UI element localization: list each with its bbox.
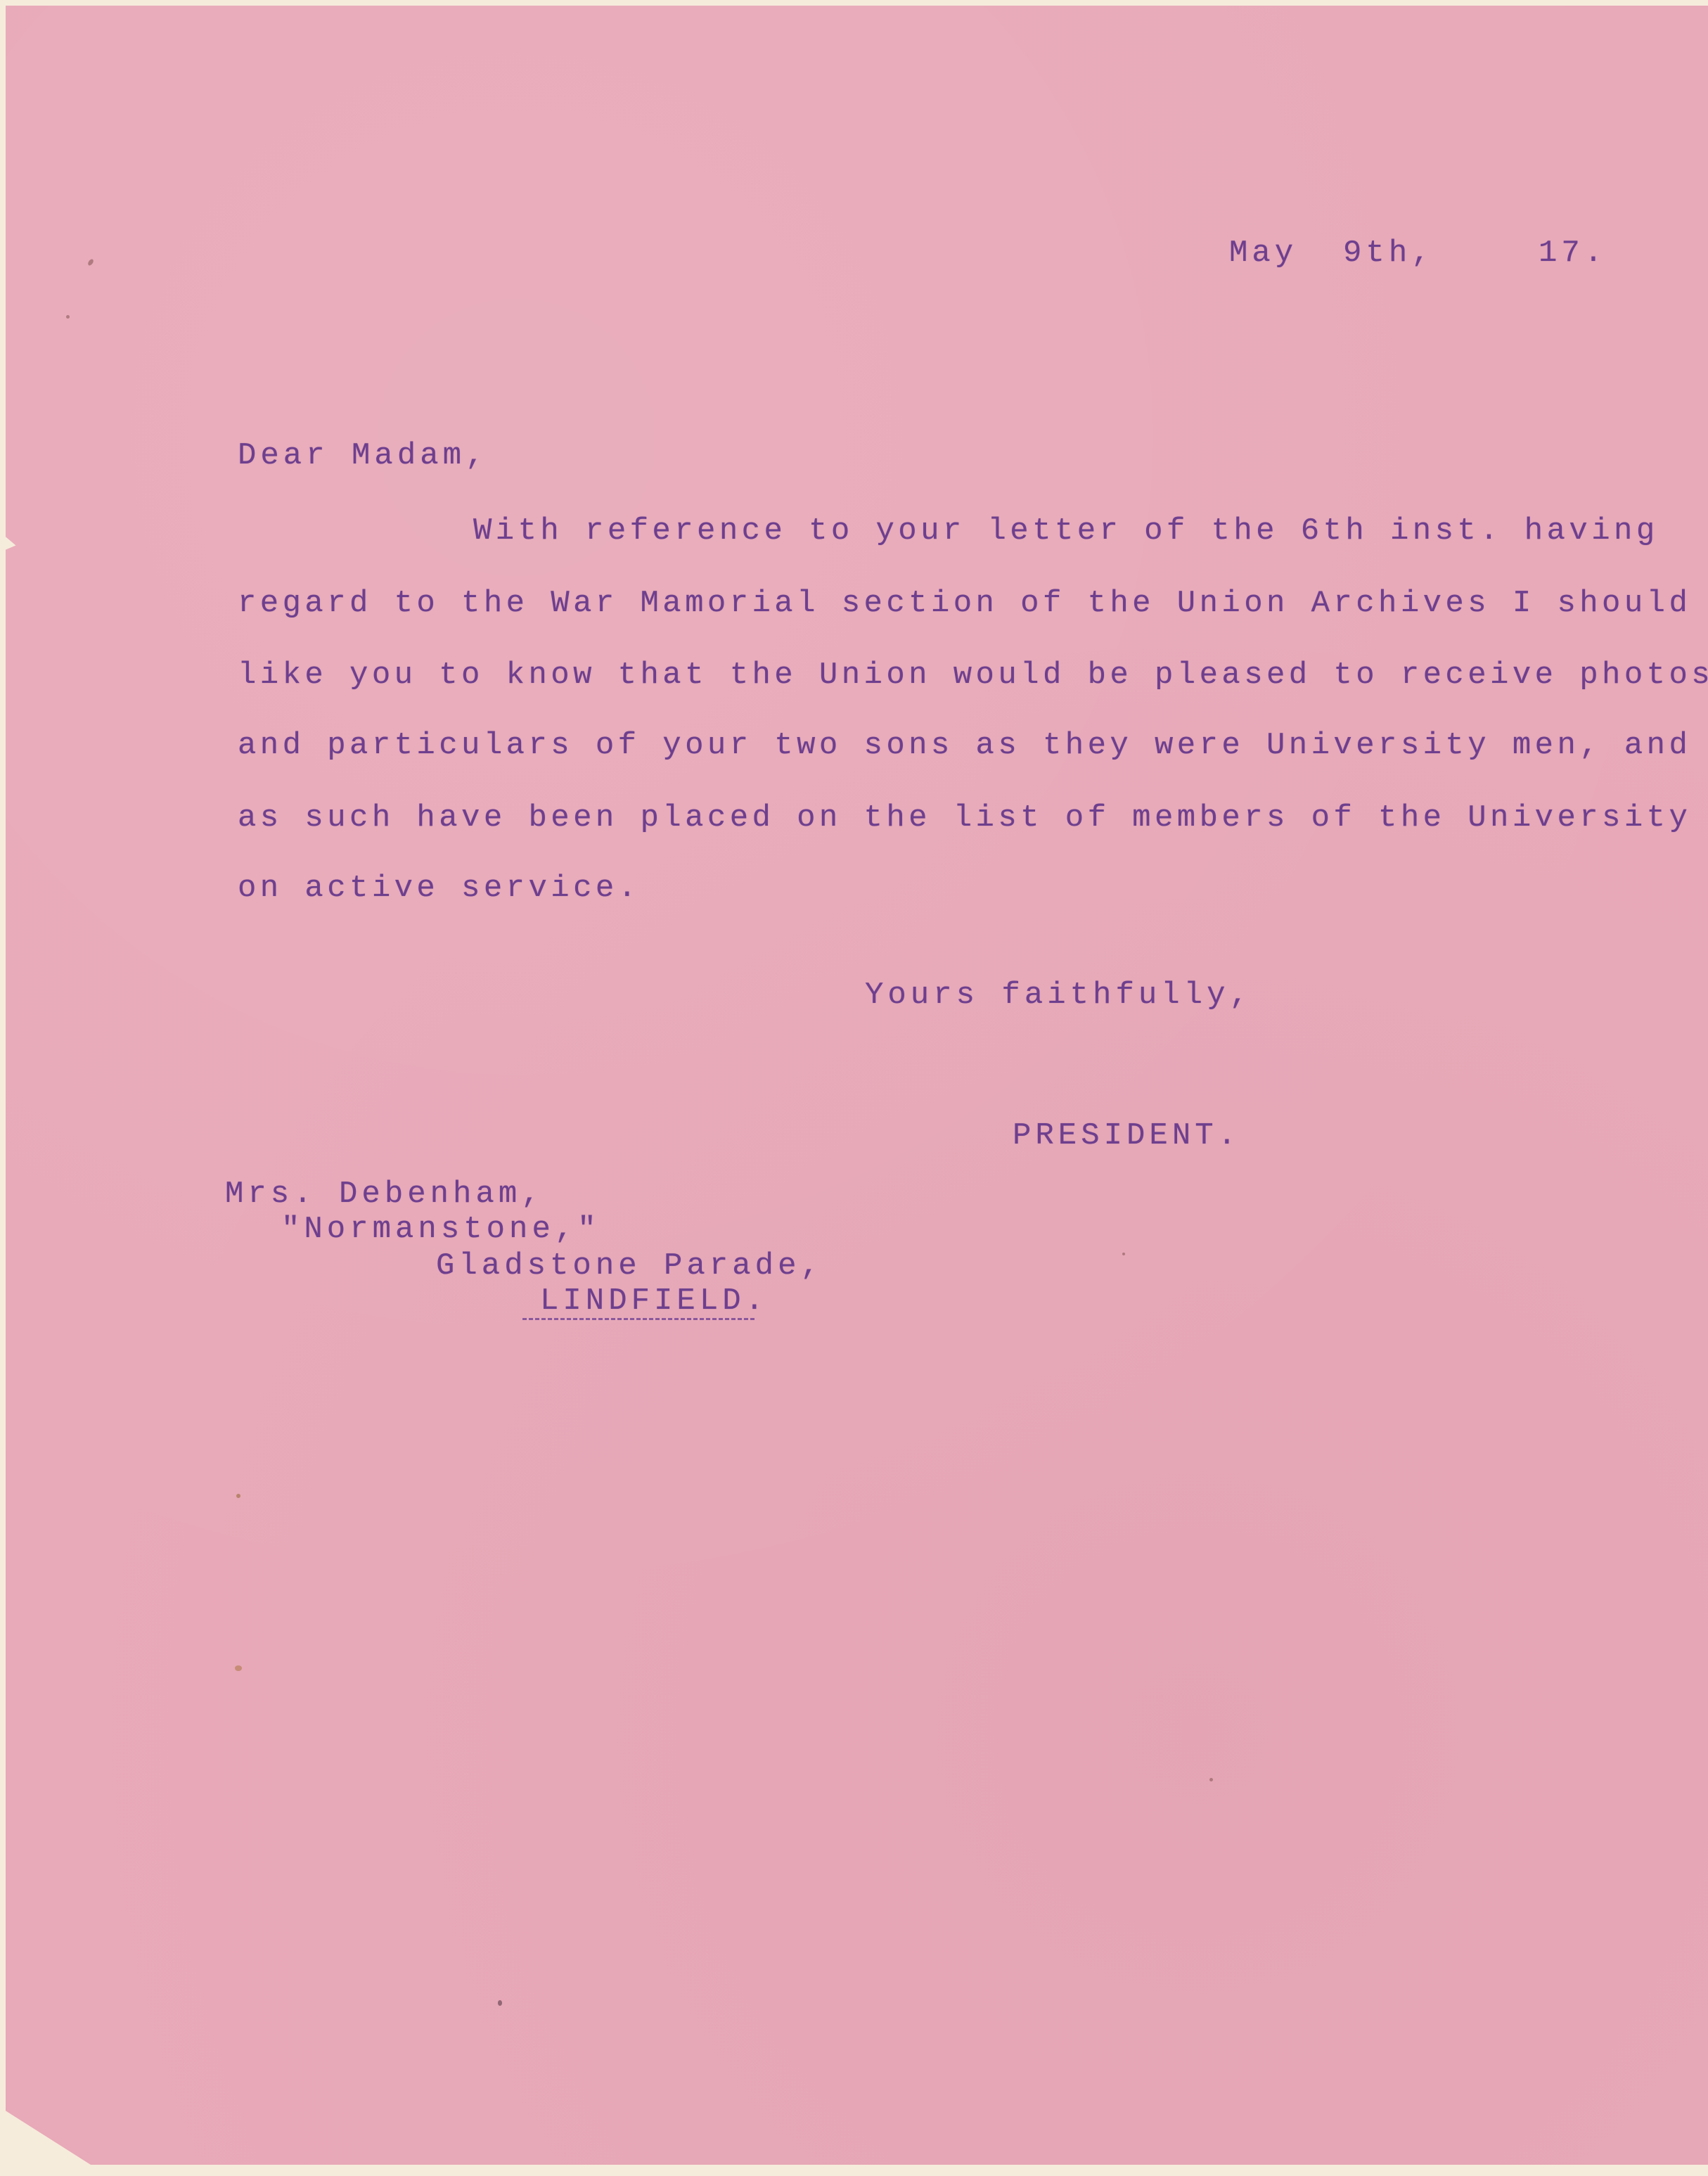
body-line: on active service. (238, 873, 640, 904)
paper-speck (87, 258, 95, 267)
recipient-street: Gladstone Parade, (436, 1250, 823, 1281)
closing: Yours faithfully, (865, 980, 1252, 1011)
paper-speck (1209, 1778, 1213, 1781)
town-underline (522, 1318, 755, 1320)
recipient-name: Mrs. Debenham, (225, 1179, 544, 1210)
paper-speck (236, 1494, 240, 1498)
body-line: as such have been placed on the list of … (238, 802, 1691, 833)
letter-date-day: May 9th, (1229, 238, 1434, 269)
recipient-town: LINDFIELD. (540, 1286, 768, 1317)
body-line: With reference to your letter of the 6th… (473, 516, 1659, 546)
salutation: Dear Madam, (238, 440, 488, 471)
letter-sheet: May 9th, 17. Dear Madam, With reference … (6, 6, 1708, 2165)
body-line: and particulars of your two sons as they… (238, 730, 1691, 761)
paper-speck (1122, 1253, 1125, 1255)
paper-speck (498, 2000, 502, 2006)
signature-title: PRESIDENT. (1013, 1120, 1240, 1151)
body-line: like you to know that the Union would be… (238, 660, 1708, 691)
body-line: regard to the War Mamorial section of th… (238, 588, 1691, 619)
letter-date-year: 17. (1539, 238, 1607, 269)
paper-speck (235, 1665, 242, 1671)
paper-speck (66, 315, 70, 319)
recipient-house: "Normanstone," (281, 1214, 601, 1245)
